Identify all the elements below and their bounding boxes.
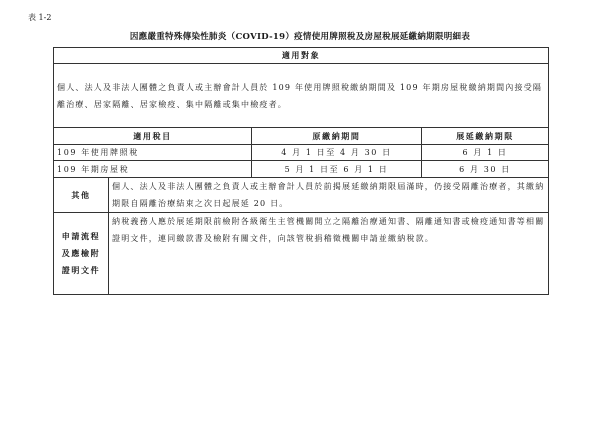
original-period-cell: 5 月 1 日至 6 月 1 日 [252, 161, 422, 178]
col-header-tax-item: 適用稅目 [54, 128, 252, 145]
procedure-label: 申請流程 及應檢附 證明文件 [54, 213, 109, 295]
procedure-text: 納稅義務人應於展延期限前檢附各級衛生主管機關開立之隔離治療通知書、隔離通知書或檢… [109, 213, 549, 295]
procedure-label-line: 證明文件 [57, 262, 105, 279]
tax-item-cell: 109 年使用牌照稅 [54, 145, 252, 161]
table-row: 109 年期房屋稅 5 月 1 日至 6 月 1 日 6 月 30 日 [54, 161, 549, 178]
tax-extension-table: 適用對象 個人、法人及非法人團體之負責人或主辦會計人員於 109 年使用牌照稅繳… [53, 47, 549, 295]
applicable-text: 個人、法人及非法人團體之負責人或主辦會計人員於 109 年使用牌照稅繳納期間及 … [54, 64, 549, 128]
table-number-label: 表 1-2 [28, 12, 51, 23]
col-header-extended-deadline: 展延繳納期限 [422, 128, 549, 145]
col-header-original-period: 原繳納期間 [252, 128, 422, 145]
table-row: 109 年使用牌照稅 4 月 1 日至 4 月 30 日 6 月 1 日 [54, 145, 549, 161]
procedure-label-line: 及應檢附 [57, 245, 105, 262]
other-label: 其他 [54, 178, 109, 213]
tax-item-cell: 109 年期房屋稅 [54, 161, 252, 178]
procedure-label-line: 申請流程 [57, 228, 105, 245]
extended-deadline-cell: 6 月 1 日 [422, 145, 549, 161]
applicable-header: 適用對象 [54, 48, 549, 64]
other-text: 個人、法人及非法人團體之負責人或主辦會計人員於前揭展延繳納期限屆滿時，仍接受隔離… [109, 178, 549, 213]
original-period-cell: 4 月 1 日至 4 月 30 日 [252, 145, 422, 161]
document-title: 因應嚴重特殊傳染性肺炎（COVID-19）疫情使用牌照稅及房屋稅展延繳納期限明細… [0, 30, 600, 42]
extended-deadline-cell: 6 月 30 日 [422, 161, 549, 178]
